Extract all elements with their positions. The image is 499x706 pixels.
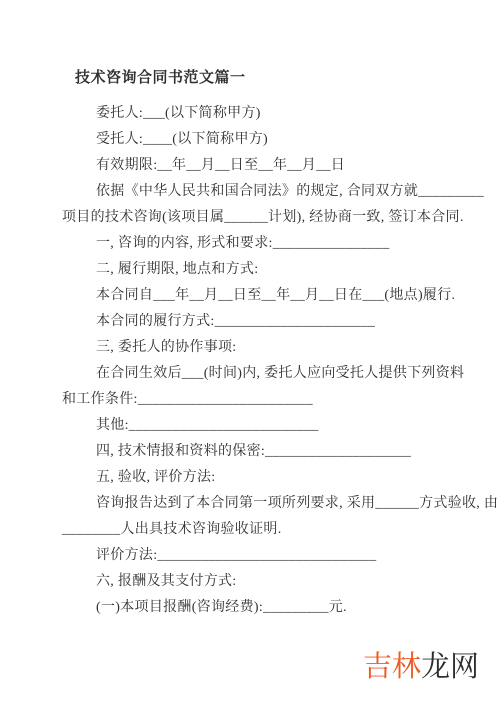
contract-line-basis-wrap: 项目的技术咨询(该项目属______计划), 经协商一致, 签订本合同.	[62, 205, 493, 231]
watermark-text-dark: 龙网	[421, 651, 479, 683]
contract-line-evaluation: 评价方法:______________________________	[62, 543, 493, 569]
contract-line-section-1: 一, 咨询的内容, 形式和要求:________________	[62, 231, 493, 257]
contract-line-cooperation: 在合同生效后___(时间)内, 委托人应向受托人提供下列资料	[62, 361, 493, 387]
contract-line-term: 本合同自___年__月__日至__年__月__日在___(地点)履行.	[62, 283, 493, 309]
contract-line-section-5: 五, 验收, 评价方法:	[62, 465, 493, 491]
site-watermark: 吉林龙网	[363, 650, 479, 684]
contract-line-validity: 有效期限:__年__月__日至__年__月__日	[62, 153, 493, 179]
contract-line-acceptance: 咨询报告达到了本合同第一项所列要求, 采用______方式验收, 由	[62, 491, 493, 517]
contract-line-section-4: 四, 技术情报和资料的保密:____________________	[62, 439, 493, 465]
contract-line-trustee: 受托人:____(以下简称甲方)	[62, 127, 493, 153]
contract-line-other: 其他:__________________________	[62, 413, 493, 439]
contract-line-section-2: 二, 履行期限, 地点和方式:	[62, 257, 493, 283]
contract-document: 技术咨询合同书范文篇一 委托人:___(以下简称甲方) 受托人:____(以下简…	[62, 65, 493, 621]
contract-line-acceptance-wrap: ________人出具技术咨询验收证明.	[62, 517, 493, 543]
contract-line-basis: 依据《中华人民共和国合同法》的规定, 合同双方就_________	[62, 179, 493, 205]
contract-line-remuneration: (一)本项目报酬(咨询经费):_________元.	[62, 595, 493, 621]
contract-line-principal: 委托人:___(以下简称甲方)	[62, 101, 493, 127]
contract-line-perform-method: 本合同的履行方式:______________________	[62, 309, 493, 335]
contract-line-section-6: 六, 报酬及其支付方式:	[62, 569, 493, 595]
document-title: 技术咨询合同书范文篇一	[75, 65, 493, 91]
contract-line-cooperation-wrap: 和工作条件:________________________	[62, 387, 493, 413]
watermark-text-orange: 吉林	[363, 651, 421, 683]
contract-line-section-3: 三, 委托人的协作事项:	[62, 335, 493, 361]
